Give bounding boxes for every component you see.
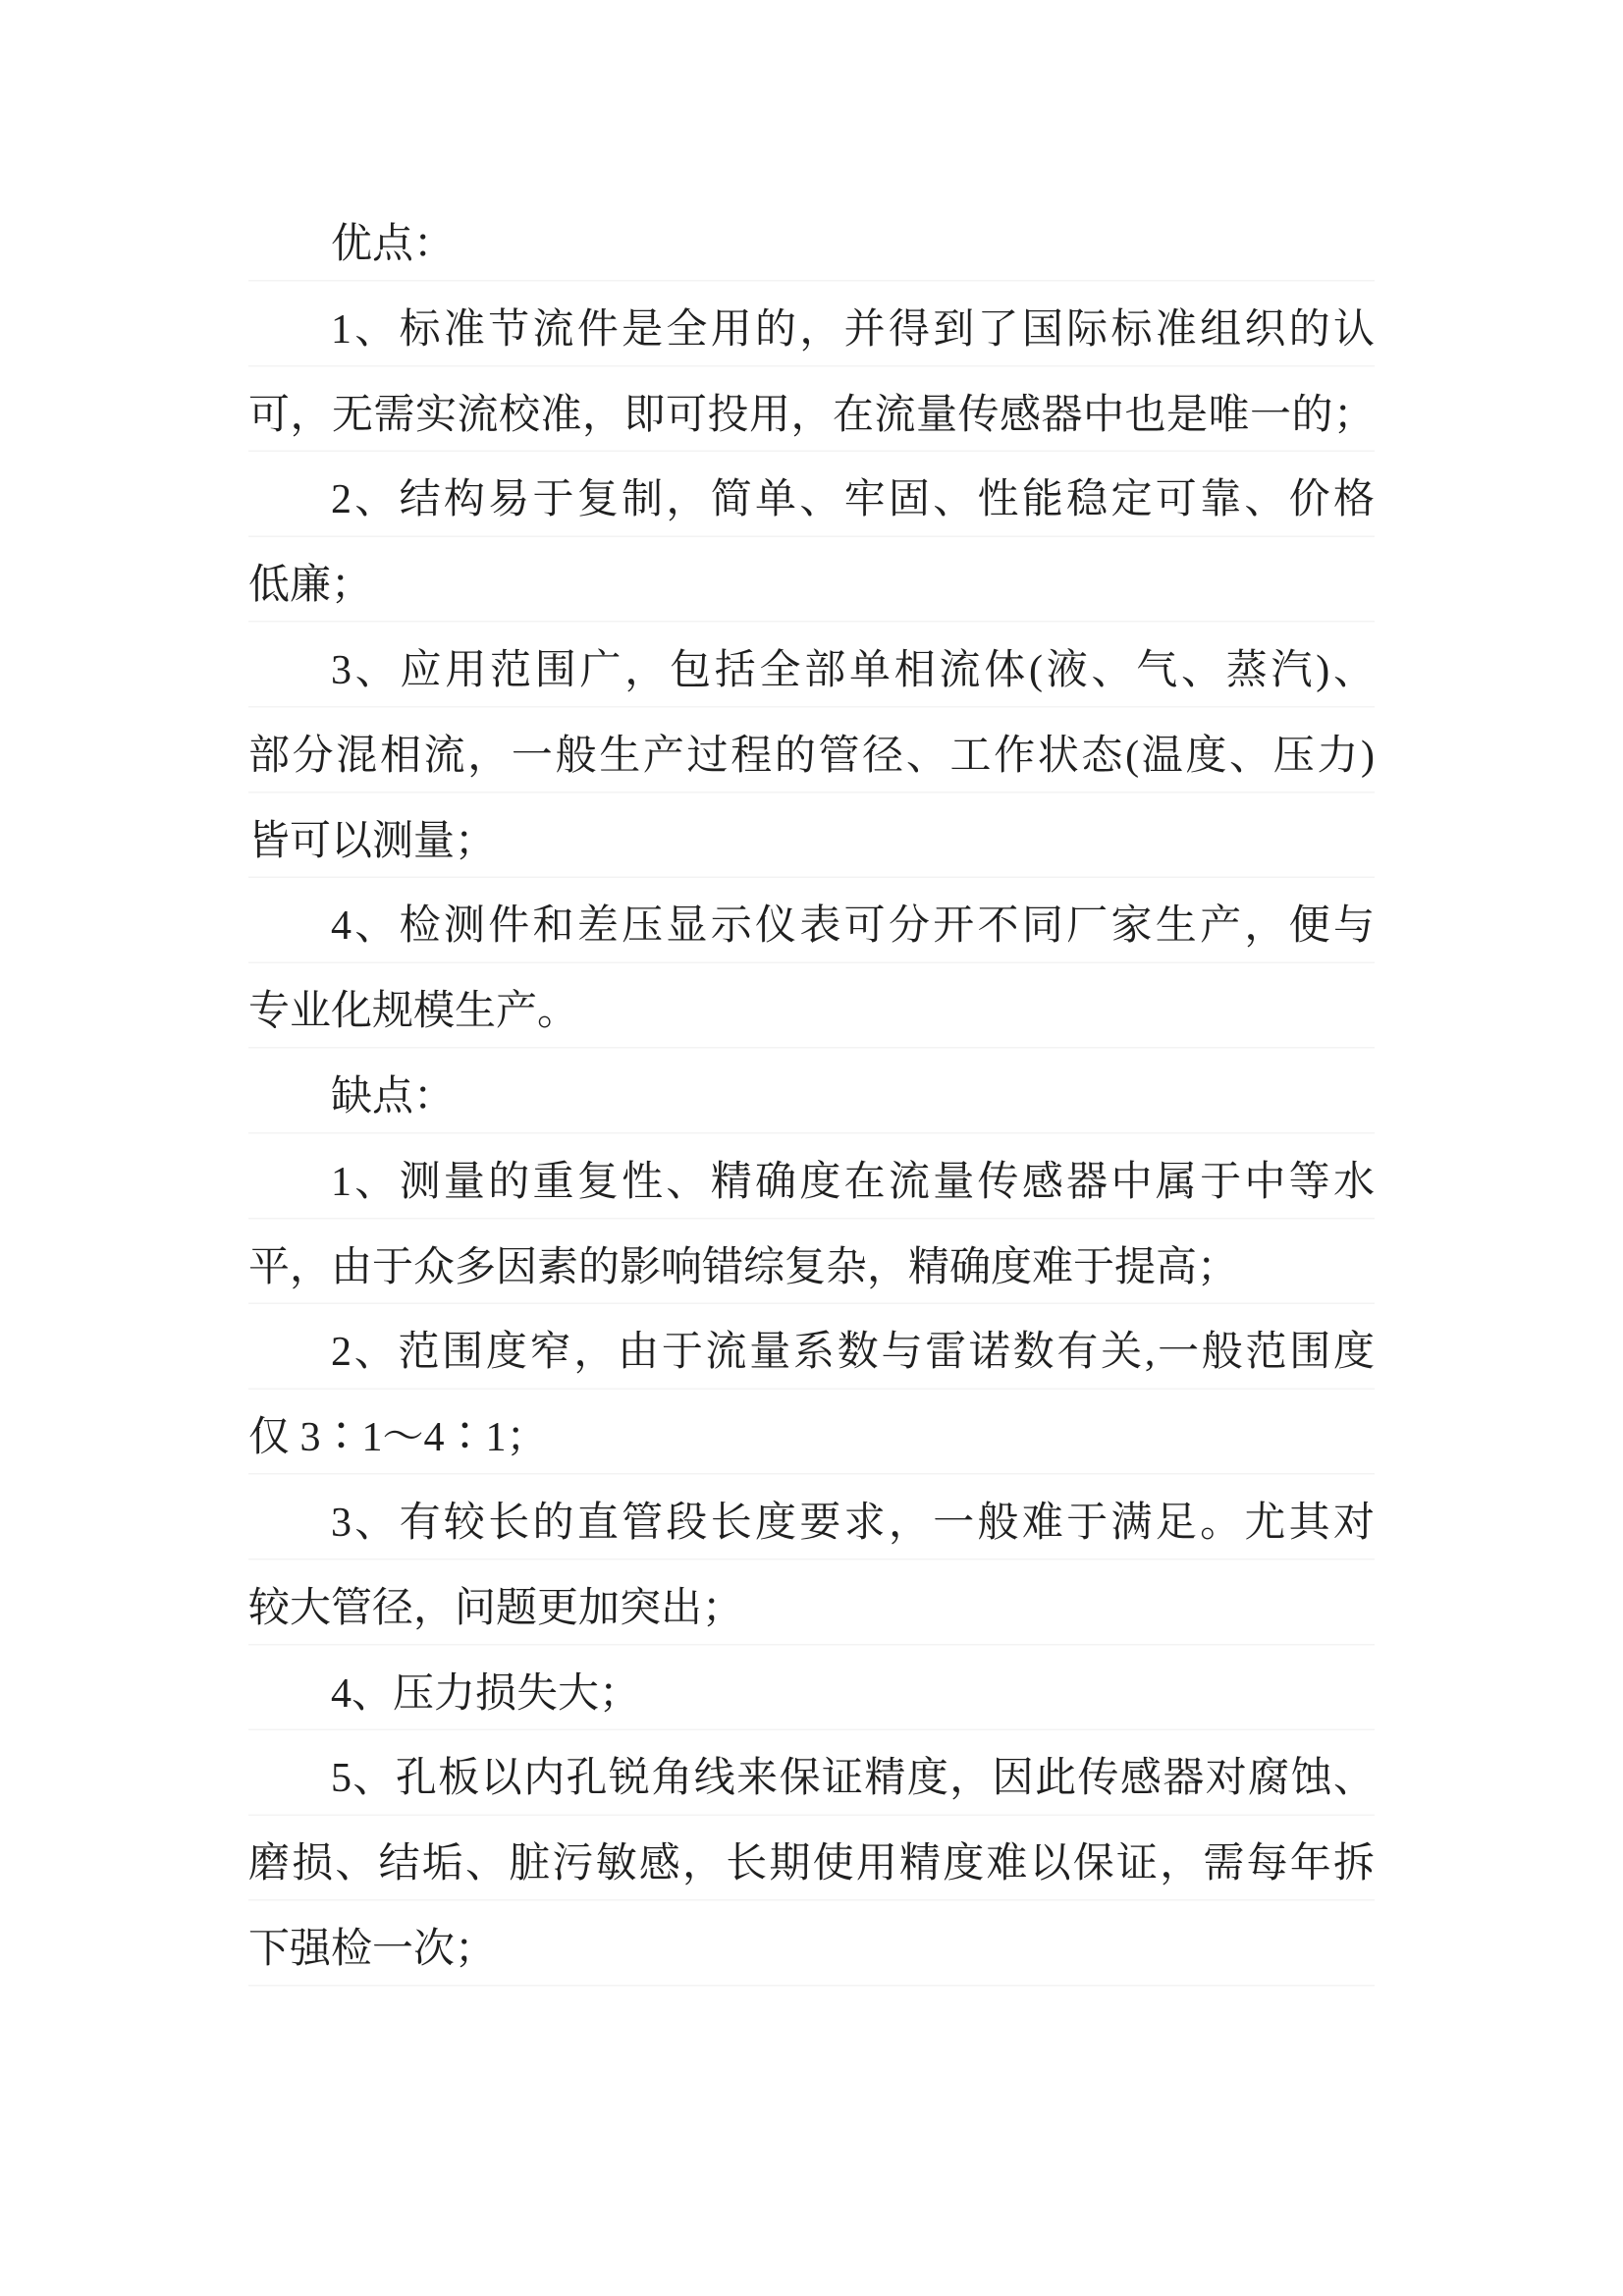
text-line: 3、应用范围广，包括全部单相流体(液、气、蒸汽)、 (248, 629, 1375, 714)
text-line: 下强检一次； (248, 1907, 1375, 1993)
text-line: 4、检测件和差压显示仪表可分开不同厂家生产，便与 (248, 884, 1375, 969)
text-line: 磨损、结垢、脏污敏感，长期使用精度难以保证，需每年拆 (248, 1822, 1375, 1907)
text-line: 缺点： (248, 1055, 1375, 1140)
text-block: 优点：1、标准节流件是全用的，并得到了国际标准组织的认可，无需实流校准，即可投用… (248, 202, 1375, 1993)
text-line: 部分混相流，一般生产过程的管径、工作状态(温度、压力) (248, 714, 1375, 799)
text-line: 平，由于众多因素的影响错综复杂，精确度难于提高； (248, 1226, 1375, 1311)
text-line: 低廉； (248, 543, 1375, 629)
page: { "page": { "background": "#ffffff", "te… (0, 0, 1623, 2296)
text-line: 5、孔板以内孔锐角线来保证精度，因此传感器对腐蚀、 (248, 1736, 1375, 1822)
text-line: 仅 3∶1～4∶1； (248, 1395, 1375, 1481)
text-line: 1、测量的重复性、精确度在流量传感器中属于中等水 (248, 1140, 1375, 1226)
text-line: 优点： (248, 202, 1375, 288)
text-line: 较大管径，问题更加突出； (248, 1566, 1375, 1652)
text-line: 3、有较长的直管段长度要求，一般难于满足。尤其对 (248, 1481, 1375, 1566)
text-line: 2、结构易于复制，简单、牢固、性能稳定可靠、价格 (248, 458, 1375, 543)
text-line: 2、范围度窄，由于流量系数与雷诺数有关,一般范围度 (248, 1310, 1375, 1395)
text-line: 皆可以测量； (248, 799, 1375, 885)
text-line: 可，无需实流校准，即可投用，在流量传感器中也是唯一的； (248, 373, 1375, 459)
text-line: 4、压力损失大； (248, 1652, 1375, 1737)
text-line: 1、标准节流件是全用的，并得到了国际标准组织的认 (248, 288, 1375, 373)
document-page: 优点：1、标准节流件是全用的，并得到了国际标准组织的认可，无需实流校准，即可投用… (0, 0, 1623, 2296)
text-line: 专业化规模生产。 (248, 969, 1375, 1055)
